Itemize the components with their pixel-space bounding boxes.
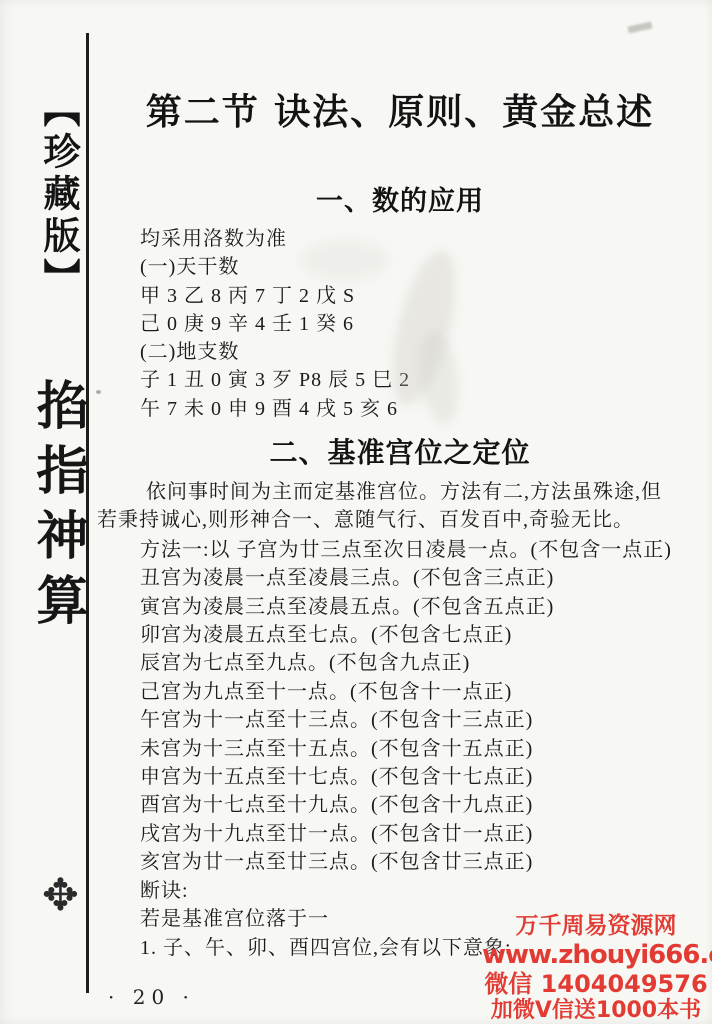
sidebar-book-title: 掐指神算 — [31, 378, 83, 638]
method-line: 方法一:以 子宫为廿三点至次日凌晨一点。(不包含一点正) — [140, 538, 672, 562]
palace-list-line: 酉宫为十七点至十九点。(不包含十九点正) — [140, 793, 533, 817]
watermark-url: www.zhouyi666.com — [482, 940, 710, 970]
palace-list-line: 丑宫为凌晨一点至凌晨三点。(不包含三点正) — [140, 566, 554, 590]
page-number: · 20 · — [108, 985, 195, 1009]
verdict-line: 若是基准宫位落于一 — [140, 907, 329, 931]
text-line: (二)地支数 — [140, 340, 239, 364]
sidebar-edition-label: 【珍藏版】 — [40, 90, 77, 300]
item-line: 1. 子、午、卯、酉四宫位,会有以下意象: — [140, 936, 512, 960]
knot-ornament-icon: ✥ — [42, 874, 79, 918]
text-line: 甲 3 乙 8 丙 7 丁 2 戊 S — [140, 284, 355, 308]
scan-artifact — [96, 390, 101, 394]
section-one-title: 一、数的应用 — [100, 179, 700, 218]
palace-list-line: 辰宫为七点至九点。(不包含九点正) — [140, 651, 470, 675]
palace-list-line: 未宫为十三点至十五点。(不包含十五点正) — [140, 737, 533, 761]
intro-line: 依问事时间为主而定基准宫位。方法有二,方法虽殊途,但 — [146, 480, 662, 504]
palace-list-line: 己宫为九点至十一点。(不包含十一点正) — [140, 680, 512, 704]
watermark-wechat-id: 微信 1404049576 — [482, 970, 710, 998]
scan-artifact — [628, 22, 653, 34]
palace-list-line: 寅宫为凌晨三点至凌晨五点。(不包含五点正) — [140, 595, 554, 619]
text-line: 子 1 丑 0 寅 3 歹 P8 辰 5 巳 2 — [140, 368, 410, 392]
palace-list-line: 卯宫为凌晨五点至七点。(不包含七点正) — [140, 623, 512, 647]
text-line: 均采用洛数为准 — [140, 227, 287, 251]
scan-artifact — [300, 240, 390, 280]
watermark-site-name: 万千周易资源网 — [482, 913, 710, 940]
palace-list-line: 戌宫为十九点至廿一点。(不包含廿一点正) — [140, 822, 533, 846]
section-two-title: 二、基准宫位之定位 — [100, 431, 700, 471]
watermark-block: 万千周易资源网 www.zhouyi666.com 微信 1404049576 … — [482, 913, 710, 1024]
palace-list-line: 午宫为十一点至十三点。(不包含十三点正) — [140, 708, 533, 732]
palace-list-line: 亥宫为廿一点至廿三点。(不包含廿三点正) — [140, 850, 533, 874]
verdict-label: 断诀: — [140, 879, 189, 903]
scanned-book-page: 【珍藏版】 掐指神算 ✥ 第二节 诀法、原则、黄金总述 一、数的应用 均采用洛数… — [0, 0, 712, 1024]
text-line: 己 0 庚 9 辛 4 壬 1 癸 6 — [140, 312, 354, 336]
intro-line: 若秉持诚心,则形神合一、意随气行、百发百中,奇验无比。 — [97, 508, 634, 532]
scan-artifact — [414, 328, 465, 427]
text-line: 午 7 未 0 申 9 酉 4 戌 5 亥 6 — [140, 397, 398, 421]
watermark-promo: 加微V信送1000本书 — [482, 998, 710, 1024]
palace-list-line: 申宫为十五点至十七点。(不包含十七点正) — [140, 765, 533, 789]
chapter-title: 第二节 诀法、原则、黄金总述 — [100, 93, 700, 133]
text-line: (一)天干数 — [140, 255, 239, 279]
